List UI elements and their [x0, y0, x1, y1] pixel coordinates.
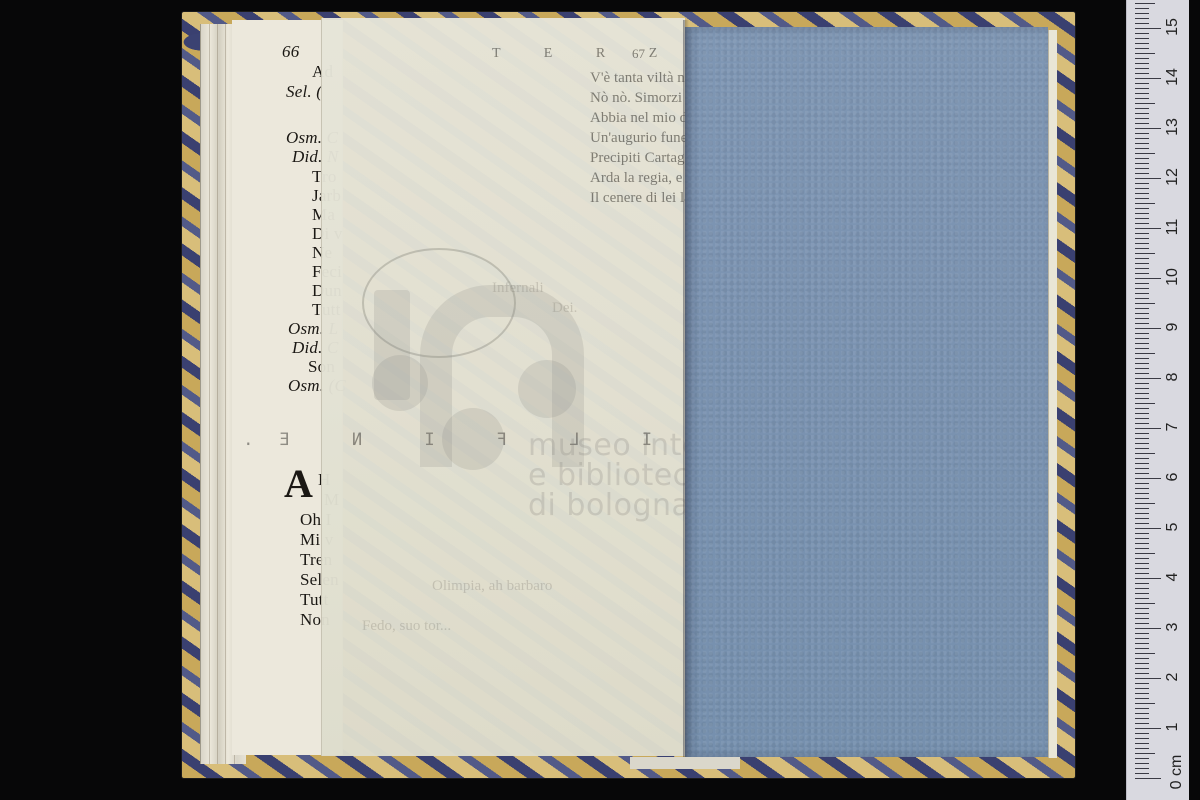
ruler-tick	[1135, 248, 1149, 249]
ruler-tick	[1135, 233, 1149, 234]
ruler-tick	[1135, 38, 1149, 39]
ruler-tick	[1135, 83, 1149, 84]
drop-cap: A	[284, 460, 313, 507]
ruler-tick	[1135, 423, 1149, 424]
tissue-bottom-edge	[630, 757, 740, 769]
ruler-tick	[1135, 648, 1149, 649]
ruler-tick	[1135, 343, 1149, 344]
ruler-tick	[1135, 3, 1155, 4]
ruler-tick	[1135, 593, 1149, 594]
ruler-tick	[1135, 323, 1149, 324]
ruler-label: 11	[1164, 215, 1182, 239]
ruler-tick	[1135, 108, 1149, 109]
ruler-tick	[1135, 413, 1149, 414]
ruler-tick	[1135, 628, 1161, 629]
ruler-tick	[1135, 188, 1149, 189]
ruler-tick	[1135, 238, 1149, 239]
ruler-tick	[1135, 13, 1149, 14]
ruler-tick	[1135, 683, 1149, 684]
ruler-tick	[1135, 553, 1155, 554]
ruler-tick	[1135, 478, 1161, 479]
ruler-tick	[1135, 158, 1149, 159]
ruler-tick	[1135, 128, 1161, 129]
ruler-tick	[1135, 493, 1149, 494]
ruler-tick	[1135, 348, 1149, 349]
ruler-tick	[1135, 288, 1149, 289]
ruler-tick	[1135, 753, 1155, 754]
ruler-tick	[1135, 733, 1149, 734]
ruler-tick	[1135, 618, 1149, 619]
ruler-tick	[1135, 23, 1149, 24]
ruler-tick	[1135, 763, 1149, 764]
ruler-tick	[1135, 208, 1149, 209]
ruler-tick	[1135, 368, 1149, 369]
ruler-tick	[1135, 538, 1149, 539]
ruler-tick	[1135, 653, 1155, 654]
ruler-tick	[1135, 203, 1155, 204]
ruler-tick	[1135, 273, 1149, 274]
watermark-logo-dot	[442, 408, 504, 470]
ruler-tick	[1135, 698, 1149, 699]
ruler-label: 2	[1164, 665, 1182, 689]
page-number-right: 67	[632, 46, 645, 62]
ruler-tick	[1135, 268, 1149, 269]
ruler-tick	[1135, 223, 1149, 224]
ruler-tick	[1135, 148, 1149, 149]
ruler-tick	[1135, 718, 1149, 719]
ruler-tick	[1135, 573, 1149, 574]
ruler-tick	[1135, 758, 1149, 759]
ruler-tick	[1135, 678, 1161, 679]
ruler-tick	[1135, 543, 1149, 544]
ruler-tick	[1135, 283, 1149, 284]
ruler-tick	[1135, 168, 1149, 169]
ruler-tick	[1135, 528, 1161, 529]
ruler-tick	[1135, 673, 1149, 674]
ruler-tick	[1135, 218, 1149, 219]
ruler-tick	[1135, 298, 1149, 299]
ruler-tick	[1135, 723, 1149, 724]
ruler-label: 10	[1164, 265, 1182, 289]
ruler-label: 9	[1164, 315, 1182, 339]
ruler-tick	[1135, 468, 1149, 469]
ruler-tick	[1135, 383, 1149, 384]
ruler-tick	[1135, 688, 1149, 689]
ruler-tick	[1135, 243, 1149, 244]
ruler-tick	[1135, 293, 1149, 294]
ruler-tick	[1135, 778, 1161, 779]
show-through-line: Precipiti Cartago,	[590, 150, 696, 167]
ruler-label: 8	[1164, 365, 1182, 389]
ruler-tick	[1135, 353, 1155, 354]
watermark-text-line3: di bologna	[528, 488, 690, 523]
ruler-tick	[1135, 138, 1149, 139]
ruler-tick	[1135, 228, 1161, 229]
ruler-tick	[1135, 363, 1149, 364]
ruler-tick	[1135, 63, 1149, 64]
ruler-label: 3	[1164, 615, 1182, 639]
ruler-tick	[1135, 418, 1149, 419]
ruler-tick	[1135, 88, 1149, 89]
ruler-tick	[1135, 503, 1155, 504]
ruler-tick	[1135, 328, 1161, 329]
ruler-label: 13	[1164, 115, 1182, 139]
ruler-tick	[1135, 508, 1149, 509]
watermark-logo-dot	[518, 360, 576, 418]
ruler-tick	[1135, 633, 1149, 634]
watermark-logo-dot	[372, 355, 428, 411]
ruler-tick	[1135, 308, 1149, 309]
ruler-tick	[1135, 643, 1149, 644]
ruler-tick	[1135, 738, 1149, 739]
ruler-tick	[1135, 133, 1149, 134]
ruler-label: 6	[1164, 465, 1182, 489]
ruler-tick	[1135, 433, 1149, 434]
ruler-tick	[1135, 728, 1161, 729]
ruler-tick	[1135, 373, 1149, 374]
ruler-tick	[1135, 453, 1155, 454]
ruler-tick	[1135, 143, 1149, 144]
ruler-tick	[1135, 658, 1149, 659]
ruler-tick	[1135, 498, 1149, 499]
ruler-tick	[1135, 58, 1149, 59]
ruler-tick	[1135, 53, 1155, 54]
ruler-label: 4	[1164, 565, 1182, 589]
ruler-tick	[1135, 258, 1149, 259]
ruler-tick	[1135, 708, 1149, 709]
ruler-label: 5	[1164, 515, 1182, 539]
ruler-tick	[1135, 398, 1149, 399]
ruler-tick	[1135, 28, 1161, 29]
board-turn-in-edge	[1048, 30, 1057, 758]
ruler-tick	[1135, 518, 1149, 519]
ruler-tick	[1135, 568, 1149, 569]
ruler-tick	[1135, 443, 1149, 444]
ruler-tick	[1135, 198, 1149, 199]
ruler-tick	[1135, 193, 1149, 194]
ruler-tick	[1135, 303, 1155, 304]
ruler-tick	[1135, 703, 1155, 704]
ruler-tick	[1135, 118, 1149, 119]
ruler-tick	[1135, 458, 1149, 459]
ruler-label: 15	[1164, 15, 1182, 39]
ruler-tick	[1135, 8, 1149, 9]
ruler-tick	[1135, 253, 1155, 254]
ruler-tick	[1135, 558, 1149, 559]
ruler-tick	[1135, 473, 1149, 474]
ruler-tick	[1135, 213, 1149, 214]
ruler-tick	[1135, 338, 1149, 339]
ruler-tick	[1135, 43, 1149, 44]
ruler-unit-label: 0 cm	[1168, 752, 1186, 792]
ruler-tick	[1135, 408, 1149, 409]
ruler-tick	[1135, 488, 1149, 489]
ruler-tick	[1135, 163, 1149, 164]
ruler-tick	[1135, 623, 1149, 624]
ruler-tick	[1135, 523, 1149, 524]
ruler-tick	[1135, 388, 1149, 389]
ruler-tick	[1135, 33, 1149, 34]
ruler-tick	[1135, 78, 1161, 79]
ruler-tick	[1135, 313, 1149, 314]
ruler-tick	[1135, 748, 1149, 749]
ruler-tick	[1135, 448, 1149, 449]
text-line: Sel. (	[286, 82, 322, 102]
ruler-tick	[1135, 93, 1149, 94]
page-number-left: 66	[282, 42, 299, 62]
ruler-tick	[1135, 48, 1149, 49]
centimeter-ruler: 0 cm 1 2 3 4 5 6 7 8 9 10 11 12 13 14 15	[1126, 0, 1189, 800]
ruler-tick	[1135, 608, 1149, 609]
ruler-tick	[1135, 173, 1149, 174]
ruler-tick	[1135, 153, 1155, 154]
ruler-tick	[1135, 403, 1155, 404]
mirrored-fragment: Olimpia, ah barbaro	[432, 578, 552, 595]
ruler-tick	[1135, 123, 1149, 124]
ruler-tick	[1135, 513, 1149, 514]
ruler-tick	[1135, 613, 1149, 614]
ruler-tick	[1135, 358, 1149, 359]
ruler-tick	[1135, 578, 1161, 579]
ruler-tick	[1135, 638, 1149, 639]
ruler-tick	[1135, 598, 1149, 599]
ruler-tick	[1135, 588, 1149, 589]
ruler-tick	[1135, 693, 1149, 694]
ruler-tick	[1135, 663, 1149, 664]
ruler-tick	[1135, 773, 1149, 774]
ruler-tick	[1135, 378, 1161, 379]
ruler-tick	[1135, 318, 1149, 319]
blue-pastedown-endpaper	[685, 27, 1048, 757]
ruler-tick	[1135, 263, 1149, 264]
ruler-tick	[1135, 548, 1149, 549]
ruler-tick	[1135, 483, 1149, 484]
ruler-tick	[1135, 98, 1149, 99]
photo-scene: 66 Ad Sel. ( Osm. C Did. N Tro Jarb Ma D…	[0, 0, 1200, 800]
ruler-tick	[1135, 768, 1149, 769]
gutter-shadow	[683, 20, 689, 760]
ruler-tick	[1135, 583, 1149, 584]
ruler-tick	[1135, 278, 1161, 279]
ruler-tick	[1135, 333, 1149, 334]
ruler-label: 14	[1164, 65, 1182, 89]
ruler-label: 12	[1164, 165, 1182, 189]
ruler-tick	[1135, 178, 1161, 179]
ruler-label: 7	[1164, 415, 1182, 439]
ruler-tick	[1135, 428, 1161, 429]
ruler-tick	[1135, 713, 1149, 714]
ruler-tick	[1135, 103, 1155, 104]
ruler-tick	[1135, 183, 1149, 184]
mirrored-fragment: Fedo, suo tor...	[362, 618, 451, 635]
ruler-tick	[1135, 438, 1149, 439]
ruler-tick	[1135, 73, 1149, 74]
ruler-tick	[1135, 463, 1149, 464]
ruler-tick	[1135, 113, 1149, 114]
ruler-tick	[1135, 563, 1149, 564]
ruler-tick	[1135, 393, 1149, 394]
ruler-label: 1	[1164, 715, 1182, 739]
ruler-tick	[1135, 743, 1149, 744]
ruler-tick	[1135, 68, 1149, 69]
ruler-tick	[1135, 603, 1155, 604]
ruler-tick	[1135, 18, 1149, 19]
ruler-tick	[1135, 533, 1149, 534]
ruler-tick	[1135, 668, 1149, 669]
